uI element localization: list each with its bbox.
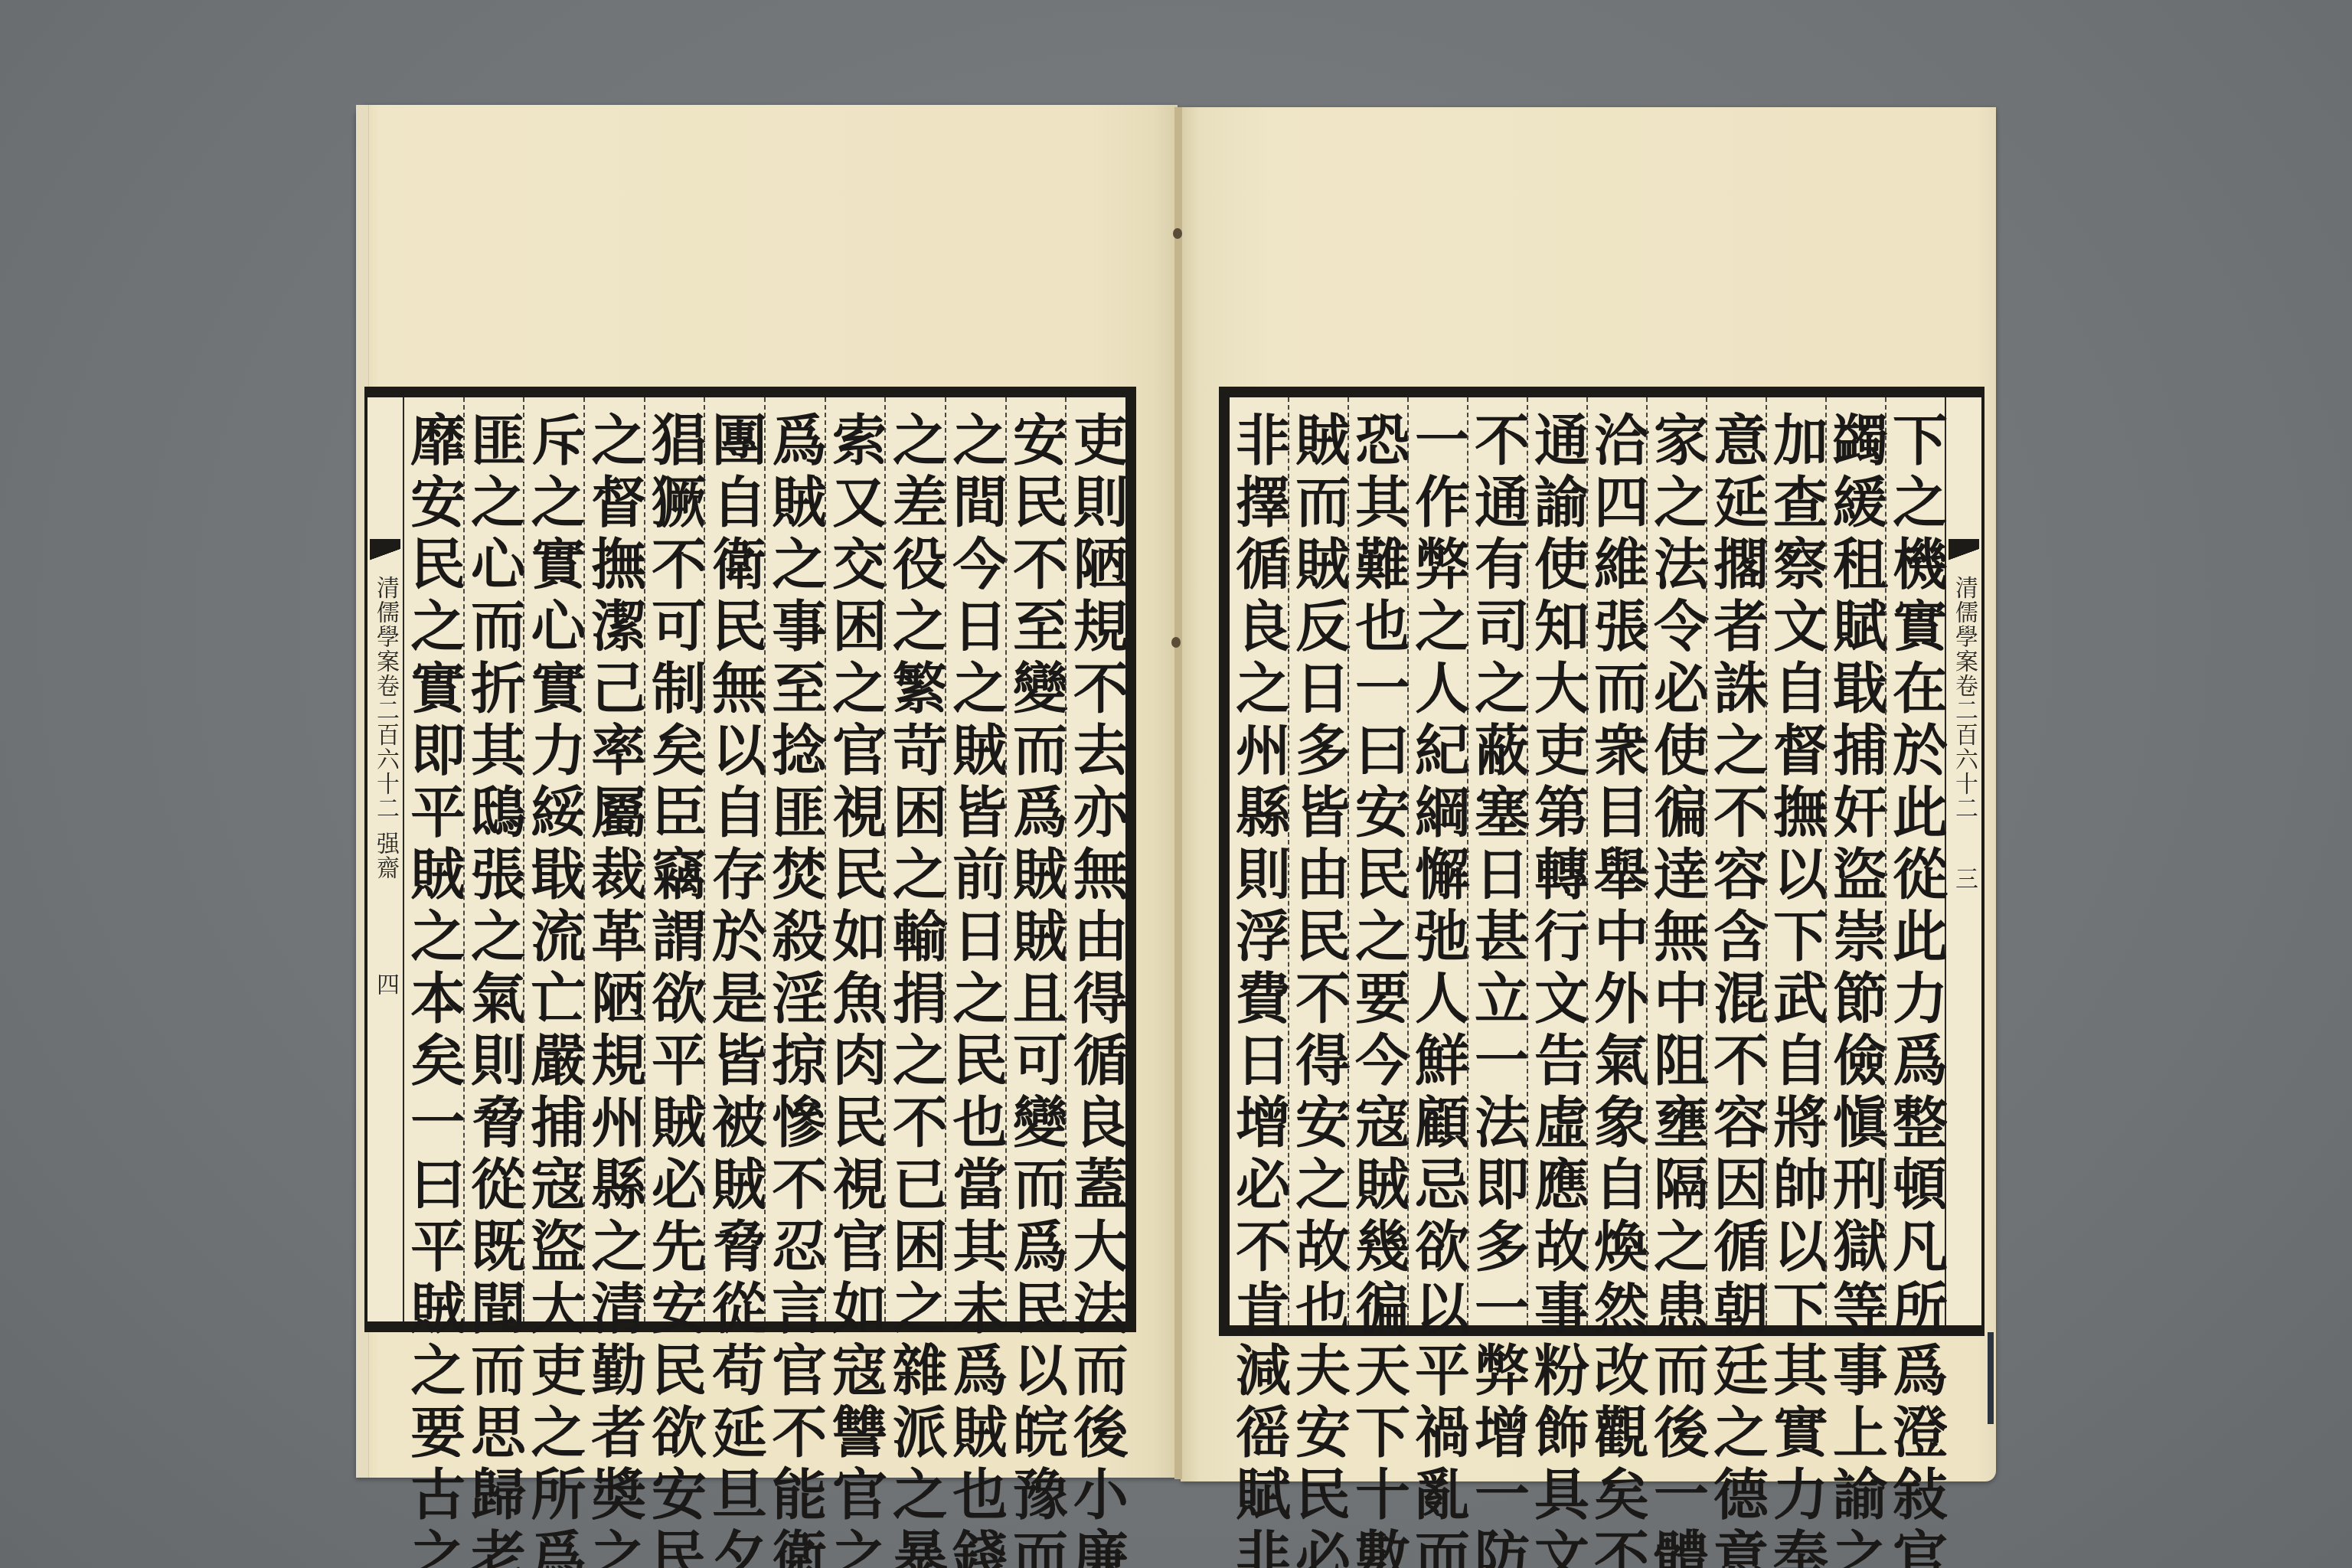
text-column: 之差役之繁苛困之輸捐之不已困之雜派之暴急書役之訛 bbox=[884, 397, 945, 1321]
text-column: 通諭使知大吏第轉行文告虛應故事粉飾具文上下之情志 bbox=[1527, 397, 1586, 1325]
text-column: 斥之實心實力綏戢流亡嚴捕寇盜大吏之所爲皆足以服逆 bbox=[523, 397, 583, 1321]
text-column: 團自衛民無以自存於是皆被賊脅從苟延旦夕而賊益蔓延 bbox=[704, 397, 764, 1321]
folio-number: 三 bbox=[1947, 867, 1981, 890]
column-text: 靡安民之實即平賊之本矣一曰平賊之要古之行軍者必事 bbox=[406, 411, 461, 1321]
column-text: 非擇循良之州縣則浮費日增必不肯減徭賦非擇廉幹之大 bbox=[1231, 411, 1286, 1325]
text-column: 匪之心而折其鴟張之氣則脅從既聞而思歸老賊亦聞而氣 bbox=[463, 397, 524, 1321]
text-column: 爲賊之事至捻匪焚殺淫掠慘不忍言官不能衛民又禁民結 bbox=[764, 397, 825, 1321]
column-text: 之督撫潔己率屬裁革陋規州縣之清勤者奬之疲玩貪虐者 bbox=[586, 411, 642, 1321]
column-text: 賊而賊反日多皆由民不得安之故也夫安民必輕徭薄賦而 bbox=[1291, 411, 1346, 1325]
column-text: 團自衛民無以自存於是皆被賊脅從苟延旦夕而賊益蔓延 bbox=[707, 411, 763, 1321]
text-column: 之間今日之賊皆前日之民也當其未爲賊也錢漕之浮收困 bbox=[945, 397, 1005, 1321]
column-text: 蠲緩租賦戢捕奸盜崇節儉愼刑獄等事上諭之所通行者嚴 bbox=[1828, 411, 1883, 1325]
column-text: 下之機實在於此從此力爲整頓凡所爲澄敍官方整飭武備 bbox=[1888, 411, 1943, 1325]
banxin-title: 清儒學案卷二百六十二 bbox=[374, 576, 397, 821]
text-column: 下之機實在於此從此力爲整頓凡所爲澄敍官方整飭武備 bbox=[1885, 397, 1945, 1325]
right-text-frame: 清儒學案卷二百六十二 三 下之機實在於此從此力爲整頓凡所爲澄敍官方整飭武備 蠲緩… bbox=[1219, 387, 1984, 1336]
text-column: 吏則陋規不去亦無由得循良蓋大法而後小廉官清而後民 bbox=[1065, 397, 1125, 1321]
text-column: 靡安民之實即平賊之本矣一曰平賊之要古之行軍者必事 bbox=[404, 397, 463, 1321]
fish-tail-mark-icon bbox=[1949, 539, 1979, 570]
column-text: 斥之實心實力綏戢流亡嚴捕寇盜大吏之所爲皆足以服逆 bbox=[527, 411, 582, 1321]
banxin-studio: 强齋 bbox=[374, 831, 397, 880]
left-text-columns: 吏則陋規不去亦無由得循良蓋大法而後小廉官清而後民 安民不至變而爲賊賊且可變而爲民… bbox=[404, 397, 1125, 1321]
left-text-frame: 清儒學案卷二百六十二 强齋 四 吏則陋規不去亦無由得循良蓋大法而後小廉官清而後民… bbox=[364, 387, 1136, 1332]
text-column: 非擇循良之州縣則浮費日增必不肯減徭賦非擇廉幹之大 bbox=[1230, 397, 1288, 1325]
cover-edge bbox=[1988, 1332, 1994, 1424]
text-column: 恐其難也一曰安民之要今寇賊幾徧天下十數年來日言平 bbox=[1347, 397, 1407, 1325]
column-text: 之差役之繁苛困之輸捐之不已困之雜派之暴急書役之訛 bbox=[888, 411, 943, 1321]
text-column: 加查察文自督撫以下武自將帥以下其實力奉行者賞之任 bbox=[1766, 397, 1825, 1325]
column-text: 家之法令必使徧逹無中阻壅隔之患而後一體相聯貫注浹 bbox=[1649, 411, 1704, 1325]
text-column: 賊而賊反日多皆由民不得安之故也夫安民必輕徭薄賦而 bbox=[1288, 397, 1347, 1325]
text-column: 家之法令必使徧逹無中阻壅隔之患而後一體相聯貫注浹 bbox=[1646, 397, 1706, 1325]
column-text: 意延擱者誅之不容含混不容因循朝廷之德意必使下流國 bbox=[1709, 411, 1764, 1325]
column-text: 安民不至變而爲賊賊且可變而爲民以皖豫而論頻亳汝光 bbox=[1008, 411, 1063, 1321]
text-column: 蠲緩租賦戢捕奸盜崇節儉愼刑獄等事上諭之所通行者嚴 bbox=[1825, 397, 1885, 1325]
column-text: 一作弊之人紀綱懈弛人鮮顧忌欲以平禍亂而致太平臣竊 bbox=[1410, 411, 1465, 1325]
text-column: 猖獗不可制矣臣竊謂欲平賊必先安民欲安民必先擇廉幹 bbox=[644, 397, 704, 1321]
book-spine-gutter bbox=[1174, 107, 1182, 1479]
binding-hole bbox=[1173, 228, 1182, 239]
fish-tail-mark-icon bbox=[370, 539, 400, 570]
column-text: 吏則陋規不去亦無由得循良蓋大法而後小廉官清而後民 bbox=[1069, 411, 1124, 1321]
column-text: 洽四維張而衆目舉中外氣象自煥然改觀矣不然者朝廷第 bbox=[1589, 411, 1645, 1325]
column-text: 匪之心而折其鴟張之氣則脅從既聞而思歸老賊亦聞而氣 bbox=[466, 411, 521, 1321]
right-text-columns: 下之機實在於此從此力爲整頓凡所爲澄敍官方整飭武備 蠲緩租賦戢捕奸盜崇節儉愼刑獄等… bbox=[1230, 397, 1945, 1325]
text-column: 洽四維張而衆目舉中外氣象自煥然改觀矣不然者朝廷第 bbox=[1586, 397, 1646, 1325]
text-column: 意延擱者誅之不容含混不容因循朝廷之德意必使下流國 bbox=[1706, 397, 1766, 1325]
column-text: 加查察文自督撫以下武自將帥以下其實力奉行者賞之任 bbox=[1769, 411, 1824, 1325]
column-text: 不通有司之蔽塞日甚立一法即多一弊增一防弊之人即多 bbox=[1470, 411, 1525, 1325]
text-column: 一作弊之人紀綱懈弛人鮮顧忌欲以平禍亂而致太平臣竊 bbox=[1407, 397, 1467, 1325]
text-column: 之督撫潔己率屬裁革陋規州縣之清勤者奬之疲玩貪虐者 bbox=[583, 397, 644, 1321]
column-text: 之間今日之賊皆前日之民也當其未爲賊也錢漕之浮收困 bbox=[948, 411, 1003, 1321]
binding-hole bbox=[1171, 637, 1181, 648]
column-text: 恐其難也一曰安民之要今寇賊幾徧天下十數年來日言平 bbox=[1351, 411, 1406, 1325]
column-text: 爲賊之事至捻匪焚殺淫掠慘不忍言官不能衛民又禁民結 bbox=[767, 411, 822, 1321]
column-text: 通諭使知大吏第轉行文告虛應故事粉飾具文上下之情志 bbox=[1530, 411, 1585, 1325]
column-text: 索又交困之官視民如魚肉民視官如寇讐官之所爲皆驅民 bbox=[828, 411, 883, 1321]
text-column: 索又交困之官視民如魚肉民視官如寇讐官之所爲皆驅民 bbox=[825, 397, 885, 1321]
banxin-title: 清儒學案卷二百六十二 bbox=[1952, 576, 1975, 821]
left-banxin: 清儒學案卷二百六十二 强齋 四 bbox=[367, 397, 404, 1321]
text-column: 安民不至變而爲賊賊且可變而爲民以皖豫而論頻亳汝光 bbox=[1005, 397, 1066, 1321]
text-column: 不通有司之蔽塞日甚立一法即多一弊增一防弊之人即多 bbox=[1467, 397, 1527, 1325]
right-banxin: 清儒學案卷二百六十二 三 bbox=[1945, 397, 1981, 1325]
column-text: 猖獗不可制矣臣竊謂欲平賊必先安民欲安民必先擇廉幹 bbox=[647, 411, 702, 1321]
folio-number: 四 bbox=[368, 972, 402, 995]
